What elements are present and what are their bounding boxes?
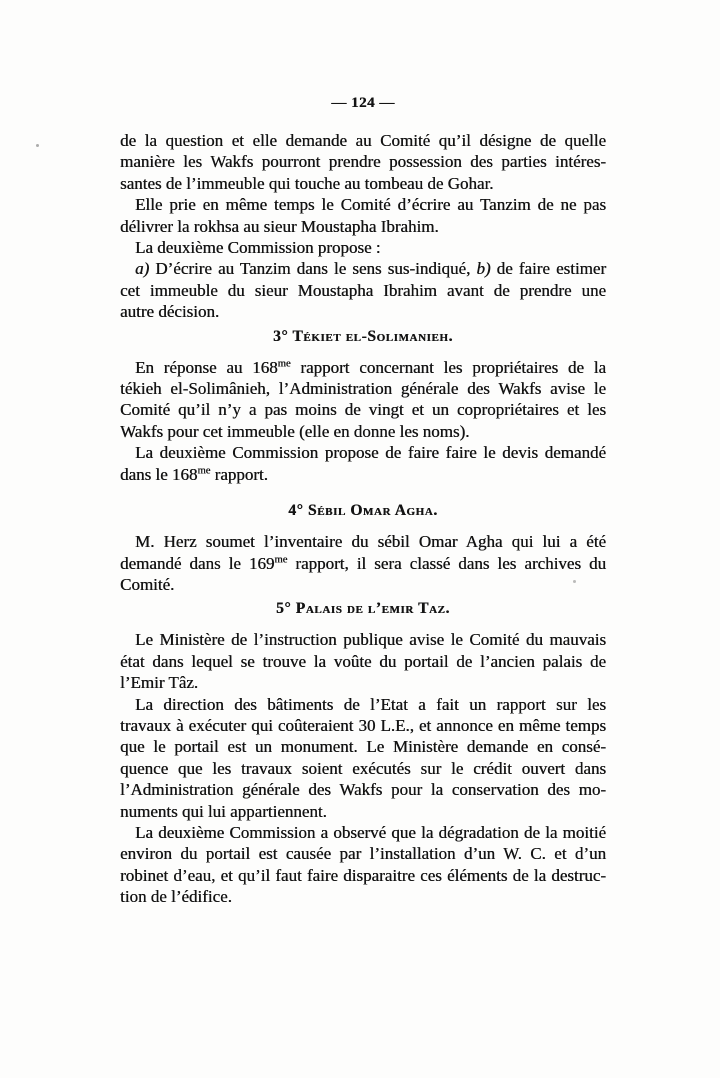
text-line: dans le 168me rapport. (120, 464, 606, 485)
text-line: cet immeuble du sieur Moustapha Ibrahim … (120, 280, 606, 301)
text-line: robinet d’eau, et qu’il faut faire dispa… (120, 865, 606, 886)
text-line: En réponse au 168me rapport concernant l… (120, 357, 606, 378)
text-line: de la question et elle demande au Comité… (120, 130, 606, 151)
paragraph: La deuxième Commission propose de faire … (120, 442, 606, 485)
italic-text: b) (476, 259, 490, 278)
section-heading: 3° Tékiet el-Solimanieh. (120, 326, 606, 348)
page-body: de la question et elle demande au Comité… (120, 130, 606, 908)
text-line: demandé dans le 169me rapport, il sera c… (120, 553, 606, 574)
text-line: que le portail est un monument. Le Minis… (120, 736, 606, 757)
text-line: manière les Wakfs pourront prendre posse… (120, 151, 606, 172)
section-heading: 5° Palais de l’emir Taz. (120, 598, 606, 620)
text-line: La deuxième Commission a observé que la … (120, 822, 606, 843)
superscript: me (274, 554, 287, 565)
text-line: numents qui lui appartiennent. (120, 801, 606, 822)
paragraph: M. Herz soumet l’inventaire du sébil Oma… (120, 531, 606, 595)
paragraph: En réponse au 168me rapport concernant l… (120, 357, 606, 443)
text-line: La direction des bâtiments de l’Etat a f… (120, 694, 606, 715)
paragraph: Le Ministère de l’instruction publique a… (120, 629, 606, 693)
page-content: — 124 — de la question et elle demande a… (120, 95, 606, 908)
text-line: l’Emir Tâz. (120, 672, 606, 693)
text-line: Le Ministère de l’instruction publique a… (120, 629, 606, 650)
page-number: — 124 — (120, 95, 606, 111)
superscript: me (197, 465, 210, 476)
text-line: M. Herz soumet l’inventaire du sébil Oma… (120, 531, 606, 552)
paragraph: La deuxième Commission a observé que la … (120, 822, 606, 908)
paragraph: Elle prie en même temps le Comité d’écri… (120, 194, 606, 237)
scan-speck (36, 144, 39, 147)
text-line: La deuxième Commission propose de faire … (120, 442, 606, 463)
paragraph: a) D’écrire au Tanzim dans le sens sus-i… (120, 258, 606, 322)
document-page: — 124 — de la question et elle demande a… (0, 0, 720, 1078)
text-line: l’Administration générale des Wakfs pour… (120, 779, 606, 800)
text-line: Elle prie en même temps le Comité d’écri… (120, 194, 606, 215)
superscript: me (278, 358, 291, 369)
text-line: santes de l’immeuble qui touche au tombe… (120, 173, 606, 194)
text-line: Wakfs pour cet immeuble (elle en donne l… (120, 421, 606, 442)
section-heading: 4° Sébil Omar Agha. (120, 500, 606, 522)
paragraph: La deuxième Commission propose : (120, 237, 606, 258)
text-line: délivrer la rokhsa au sieur Moustapha Ib… (120, 216, 606, 237)
text-line: a) D’écrire au Tanzim dans le sens sus-i… (120, 258, 606, 279)
text-line: Comité qu’il n’y a pas moins de vingt et… (120, 399, 606, 420)
text-line: environ du portail est causée par l’inst… (120, 843, 606, 864)
paragraph: La direction des bâtiments de l’Etat a f… (120, 694, 606, 822)
text-line: Comité. (120, 574, 606, 595)
text-line: travaux à exécuter qui coûteraient 30 L.… (120, 715, 606, 736)
text-line: La deuxième Commission propose : (120, 237, 606, 258)
italic-text: a) (135, 259, 149, 278)
text-line: tékieh el-Solimânieh, l’Administration g… (120, 378, 606, 399)
paragraph: de la question et elle demande au Comité… (120, 130, 606, 194)
text-line: tion de l’édifice. (120, 886, 606, 907)
text-line: état dans lequel se trouve la voûte du p… (120, 651, 606, 672)
text-line: autre décision. (120, 301, 606, 322)
text-line: quence que les travaux soient exécutés s… (120, 758, 606, 779)
